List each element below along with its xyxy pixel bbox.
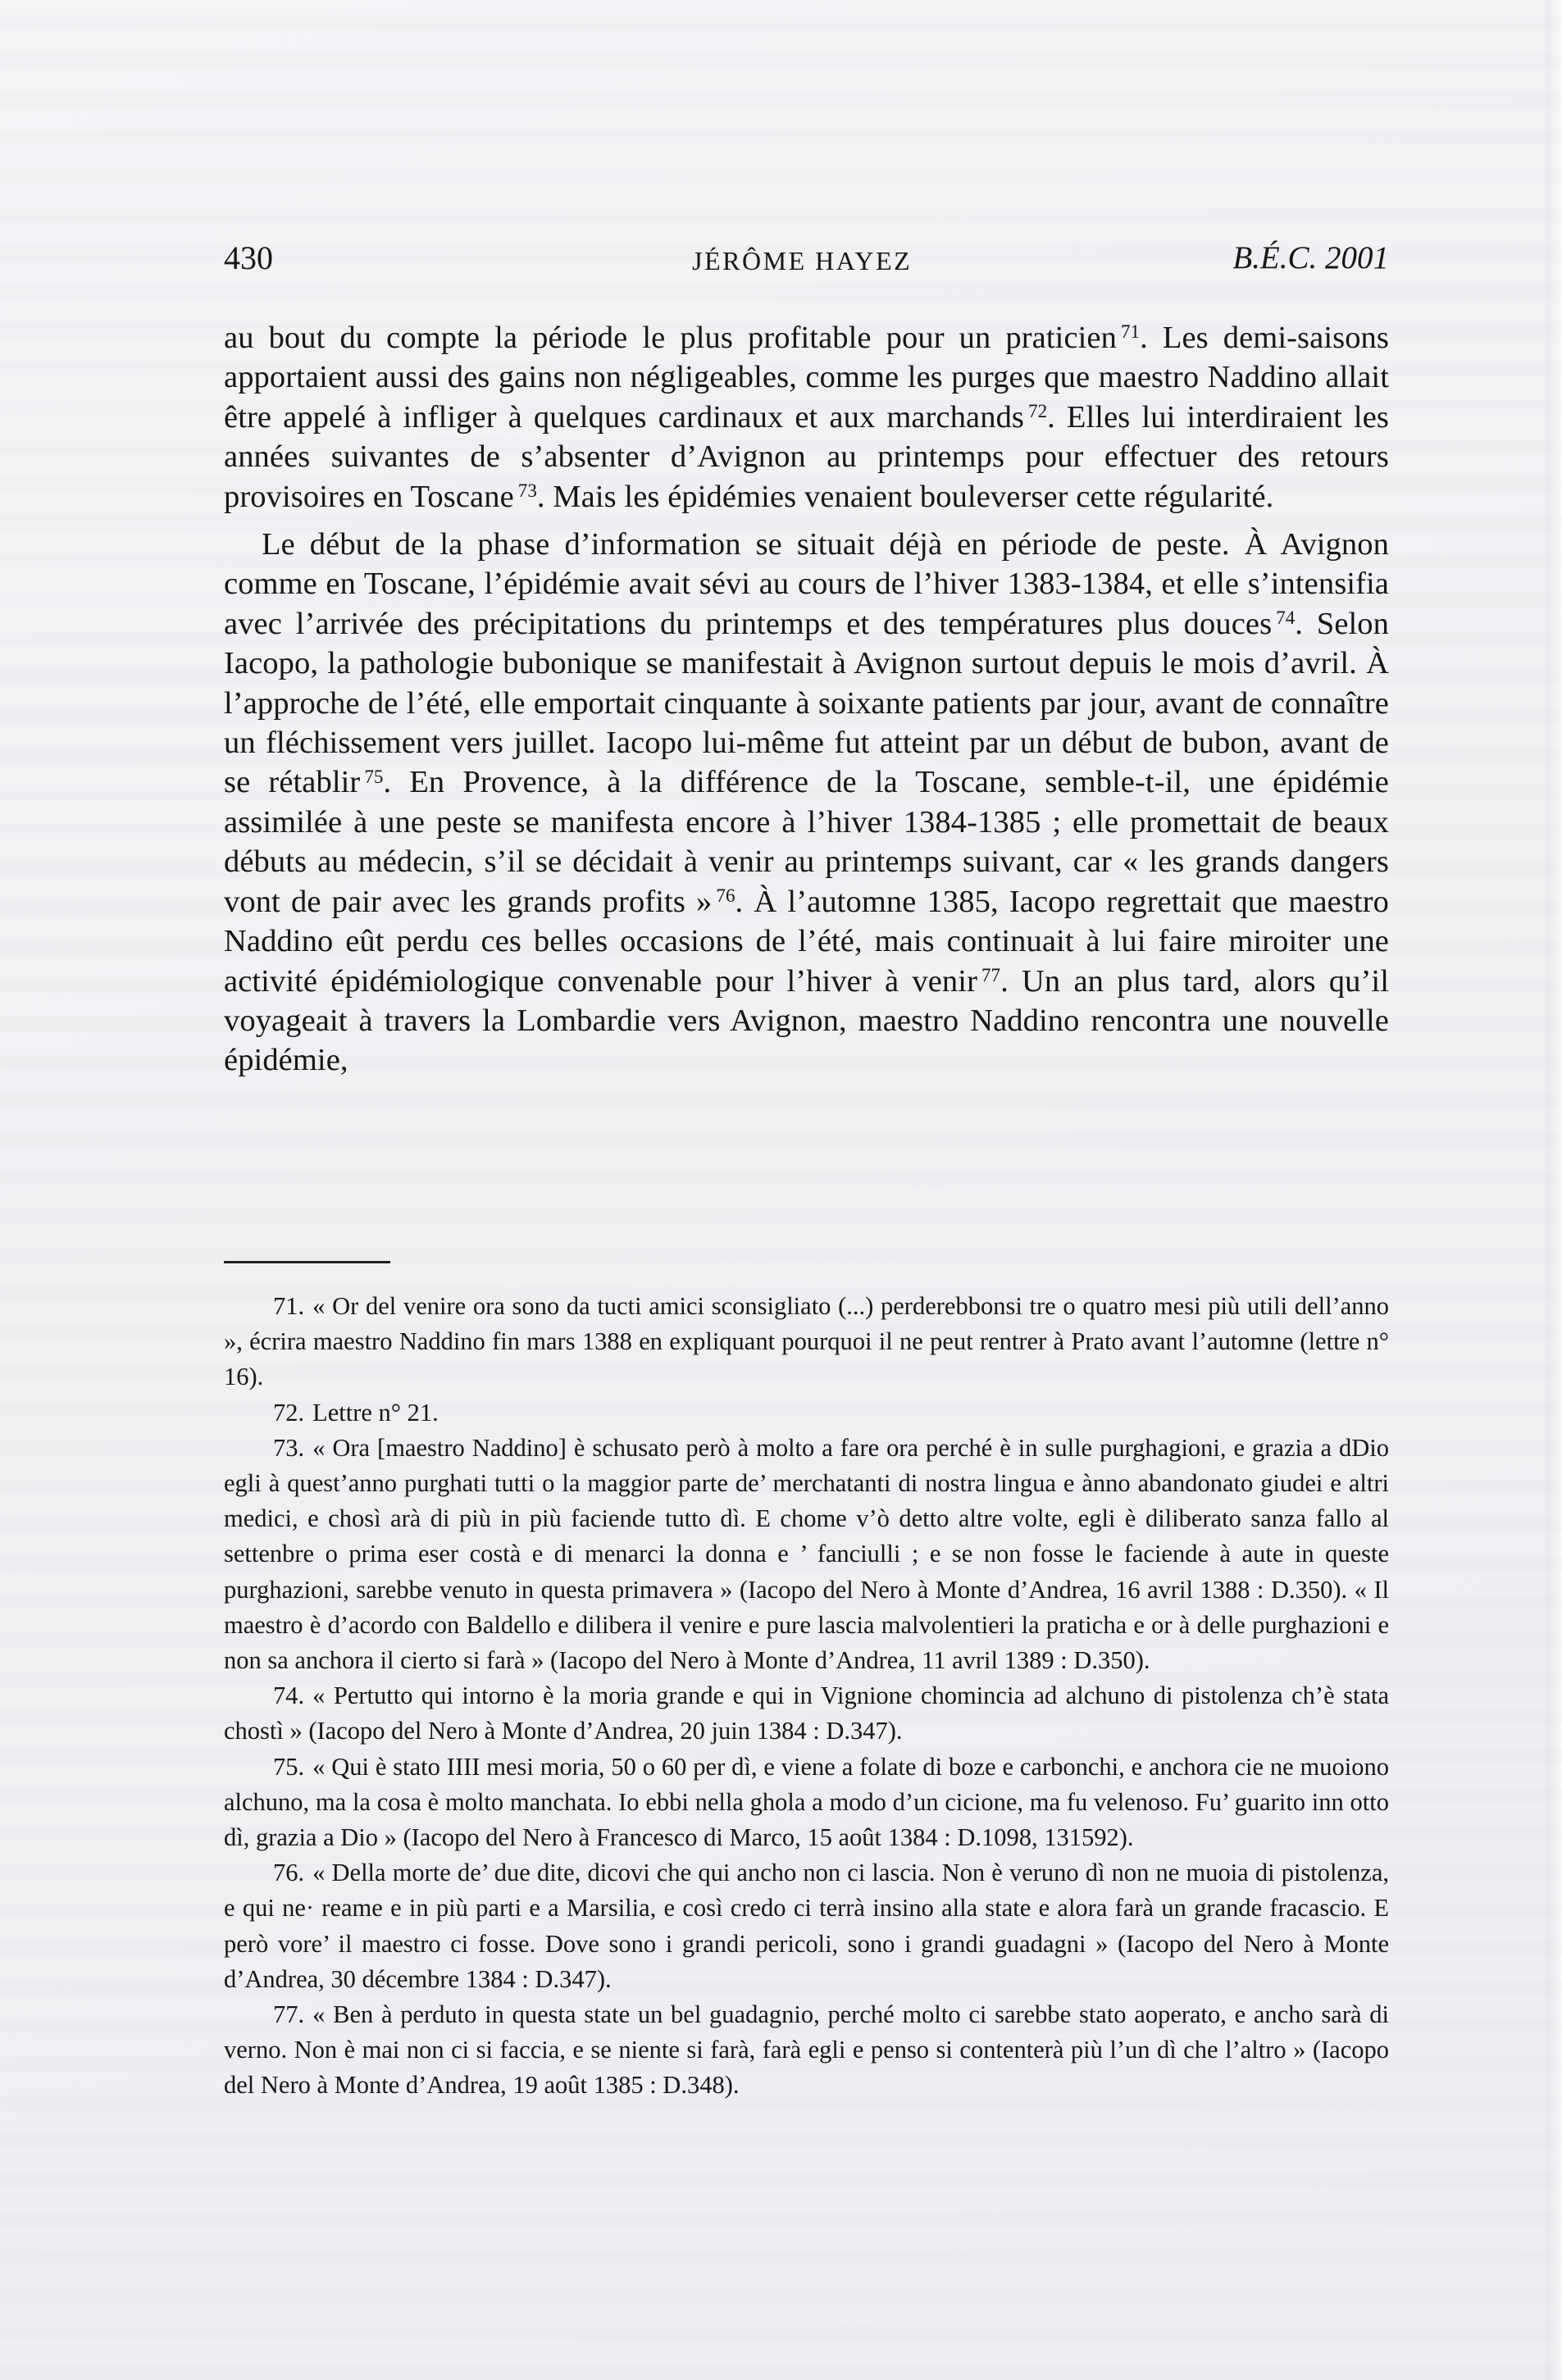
footnote-text: « Ben à perduto in questa state un bel g… bbox=[224, 2000, 1389, 2099]
footnote-item: 76.« Della morte de’ due dite, dicovi ch… bbox=[224, 1855, 1389, 1997]
footnote-reference: 77 bbox=[981, 964, 1000, 985]
footnote-text: « Della morte de’ due dite, dicovi che q… bbox=[224, 1859, 1389, 1993]
footnote-reference: 72 bbox=[1028, 400, 1047, 421]
footnote-text: « Ora [maestro Naddino] è schusato però … bbox=[224, 1434, 1389, 1674]
body-paragraph: au bout du compte la période le plus pro… bbox=[224, 318, 1389, 517]
footnote-number: 76. bbox=[273, 1859, 312, 1886]
journal-reference: B.É.C. 2001 bbox=[1232, 241, 1389, 275]
footnote-reference: 76 bbox=[716, 885, 735, 906]
footnote-number: 73. bbox=[273, 1434, 312, 1462]
footnote-number: 77. bbox=[273, 2000, 312, 2028]
footnotes-section: 71.« Or del venire ora sono da tucti ami… bbox=[224, 1289, 1389, 2104]
footnote-item: 77.« Ben à perduto in questa state un be… bbox=[224, 1997, 1389, 2104]
footnote-number: 75. bbox=[273, 1753, 312, 1781]
body-text: au bout du compte la période le plus pro… bbox=[224, 318, 1389, 1081]
page-header: 430 JÉRÔME HAYEZ B.É.C. 2001 bbox=[224, 241, 1389, 282]
footnote-reference: 74 bbox=[1276, 607, 1295, 628]
footnote-reference: 75 bbox=[364, 766, 383, 787]
footnote-reference: 71 bbox=[1121, 321, 1140, 342]
running-title: JÉRÔME HAYEZ bbox=[692, 247, 912, 275]
footnote-number: 72. bbox=[273, 1399, 312, 1427]
footnote-separator bbox=[224, 1261, 390, 1263]
footnote-text: « Pertutto qui intorno è la moria grande… bbox=[224, 1681, 1389, 1745]
footnote-item: 71.« Or del venire ora sono da tucti ami… bbox=[224, 1289, 1389, 1395]
page-edge-shadow bbox=[1545, 0, 1562, 2380]
footnote-reference: 73 bbox=[518, 480, 537, 501]
footnote-number: 71. bbox=[273, 1292, 312, 1320]
footnote-text: Lettre n° 21. bbox=[312, 1399, 439, 1427]
footnote-item: 74.« Pertutto qui intorno è la moria gra… bbox=[224, 1678, 1389, 1749]
footnote-text: « Qui è stato IIII mesi moria, 50 o 60 p… bbox=[224, 1753, 1389, 1851]
scanned-page: 430 JÉRÔME HAYEZ B.É.C. 2001 au bout du … bbox=[0, 0, 1562, 2380]
footnote-item: 75.« Qui è stato IIII mesi moria, 50 o 6… bbox=[224, 1750, 1389, 1856]
footnote-item: 73.« Ora [maestro Naddino] è schusato pe… bbox=[224, 1431, 1389, 1678]
footnote-text: « Or del venire ora sono da tucti amici … bbox=[224, 1292, 1389, 1390]
page-number: 430 bbox=[224, 241, 273, 275]
footnote-item: 72.Lettre n° 21. bbox=[224, 1395, 1389, 1431]
body-paragraph: Le début de la phase d’information se si… bbox=[224, 525, 1389, 1081]
footnote-number: 74. bbox=[273, 1681, 312, 1709]
